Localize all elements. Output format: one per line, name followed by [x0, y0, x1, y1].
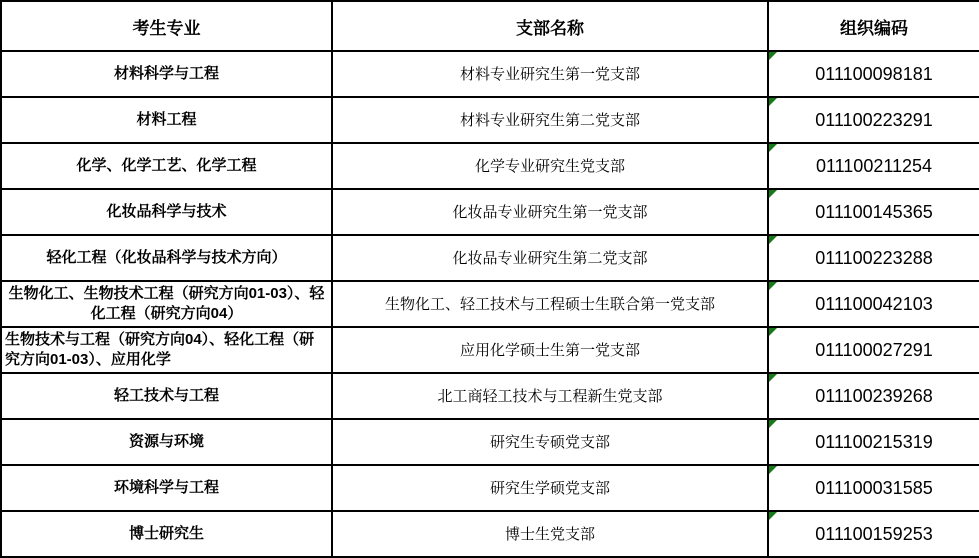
branch-cell: 化妆品专业研究生第二党支部	[332, 235, 768, 281]
table-header: 考生专业 支部名称 组织编码	[1, 1, 979, 51]
cell-flag-triangle-icon	[769, 420, 777, 428]
code-cell: 011100042103	[768, 281, 979, 327]
code-cell: 011100031585	[768, 465, 979, 511]
table-row: 博士研究生 博士生党支部 011100159253	[1, 511, 979, 557]
code-value: 011100215319	[815, 432, 932, 452]
cell-flag-triangle-icon	[769, 328, 777, 336]
table-row: 材料工程 材料专业研究生第二党支部 011100223291	[1, 97, 979, 143]
major-cell: 轻化工程（化妆品科学与技术方向）	[1, 235, 332, 281]
branch-cell: 化学专业研究生党支部	[332, 143, 768, 189]
major-cell: 环境科学与工程	[1, 465, 332, 511]
column-header-code: 组织编码	[768, 1, 979, 51]
column-header-branch: 支部名称	[332, 1, 768, 51]
code-cell: 011100223288	[768, 235, 979, 281]
code-cell: 011100098181	[768, 51, 979, 97]
code-cell: 011100239268	[768, 373, 979, 419]
document-sheet: 考生专业 支部名称 组织编码 材料科学与工程 材料专业研究生第一党支部 0111…	[0, 0, 979, 558]
code-value: 011100031585	[815, 478, 932, 498]
code-value: 011100098181	[815, 64, 932, 84]
code-value: 011100145365	[815, 202, 932, 222]
major-cell: 材料科学与工程	[1, 51, 332, 97]
cell-flag-triangle-icon	[769, 98, 777, 106]
table-row: 生物化工、生物技术工程（研究方向01-03）、轻化工程（研究方向04） 生物化工…	[1, 281, 979, 327]
major-cell: 化学、化学工艺、化学工程	[1, 143, 332, 189]
code-value: 011100042103	[815, 294, 932, 314]
code-cell: 011100145365	[768, 189, 979, 235]
table-row: 环境科学与工程 研究生学硕党支部 011100031585	[1, 465, 979, 511]
branch-cell: 生物化工、轻工技术与工程硕士生联合第一党支部	[332, 281, 768, 327]
code-value: 011100239268	[815, 386, 932, 406]
code-value: 011100223291	[815, 110, 932, 130]
code-cell: 011100215319	[768, 419, 979, 465]
cell-flag-triangle-icon	[769, 190, 777, 198]
major-cell: 资源与环境	[1, 419, 332, 465]
code-cell: 011100211254	[768, 143, 979, 189]
major-cell: 化妆品科学与技术	[1, 189, 332, 235]
party-branch-table: 考生专业 支部名称 组织编码 材料科学与工程 材料专业研究生第一党支部 0111…	[0, 0, 979, 558]
table-row: 化妆品科学与技术 化妆品专业研究生第一党支部 011100145365	[1, 189, 979, 235]
table-row: 材料科学与工程 材料专业研究生第一党支部 011100098181	[1, 51, 979, 97]
code-value: 011100223288	[815, 248, 932, 268]
table-row: 轻工技术与工程 北工商轻工技术与工程新生党支部 011100239268	[1, 373, 979, 419]
code-value: 011100159253	[815, 524, 932, 544]
branch-cell: 博士生党支部	[332, 511, 768, 557]
branch-cell: 材料专业研究生第一党支部	[332, 51, 768, 97]
major-cell: 博士研究生	[1, 511, 332, 557]
major-cell: 生物化工、生物技术工程（研究方向01-03）、轻化工程（研究方向04）	[1, 281, 332, 327]
table-row: 资源与环境 研究生专硕党支部 011100215319	[1, 419, 979, 465]
branch-cell: 研究生专硕党支部	[332, 419, 768, 465]
table-row: 化学、化学工艺、化学工程 化学专业研究生党支部 011100211254	[1, 143, 979, 189]
header-row: 考生专业 支部名称 组织编码	[1, 1, 979, 51]
cell-flag-triangle-icon	[769, 282, 777, 290]
code-cell: 011100223291	[768, 97, 979, 143]
code-cell: 011100159253	[768, 511, 979, 557]
cell-flag-triangle-icon	[769, 236, 777, 244]
cell-flag-triangle-icon	[769, 512, 777, 520]
table-body: 材料科学与工程 材料专业研究生第一党支部 011100098181 材料工程 材…	[1, 51, 979, 557]
code-value: 011100027291	[815, 340, 932, 360]
branch-cell: 应用化学硕士生第一党支部	[332, 327, 768, 373]
major-cell: 生物技术与工程（研究方向04）、轻化工程（研究方向01-03）、应用化学	[1, 327, 332, 373]
major-cell: 轻工技术与工程	[1, 373, 332, 419]
branch-cell: 化妆品专业研究生第一党支部	[332, 189, 768, 235]
branch-cell: 材料专业研究生第二党支部	[332, 97, 768, 143]
table-row: 轻化工程（化妆品科学与技术方向） 化妆品专业研究生第二党支部 011100223…	[1, 235, 979, 281]
table-row: 生物技术与工程（研究方向04）、轻化工程（研究方向01-03）、应用化学 应用化…	[1, 327, 979, 373]
column-header-major: 考生专业	[1, 1, 332, 51]
code-cell: 011100027291	[768, 327, 979, 373]
cell-flag-triangle-icon	[769, 466, 777, 474]
branch-cell: 研究生学硕党支部	[332, 465, 768, 511]
branch-cell: 北工商轻工技术与工程新生党支部	[332, 373, 768, 419]
major-cell: 材料工程	[1, 97, 332, 143]
cell-flag-triangle-icon	[769, 52, 777, 60]
cell-flag-triangle-icon	[769, 374, 777, 382]
cell-flag-triangle-icon	[769, 144, 777, 152]
code-value: 011100211254	[816, 156, 932, 176]
